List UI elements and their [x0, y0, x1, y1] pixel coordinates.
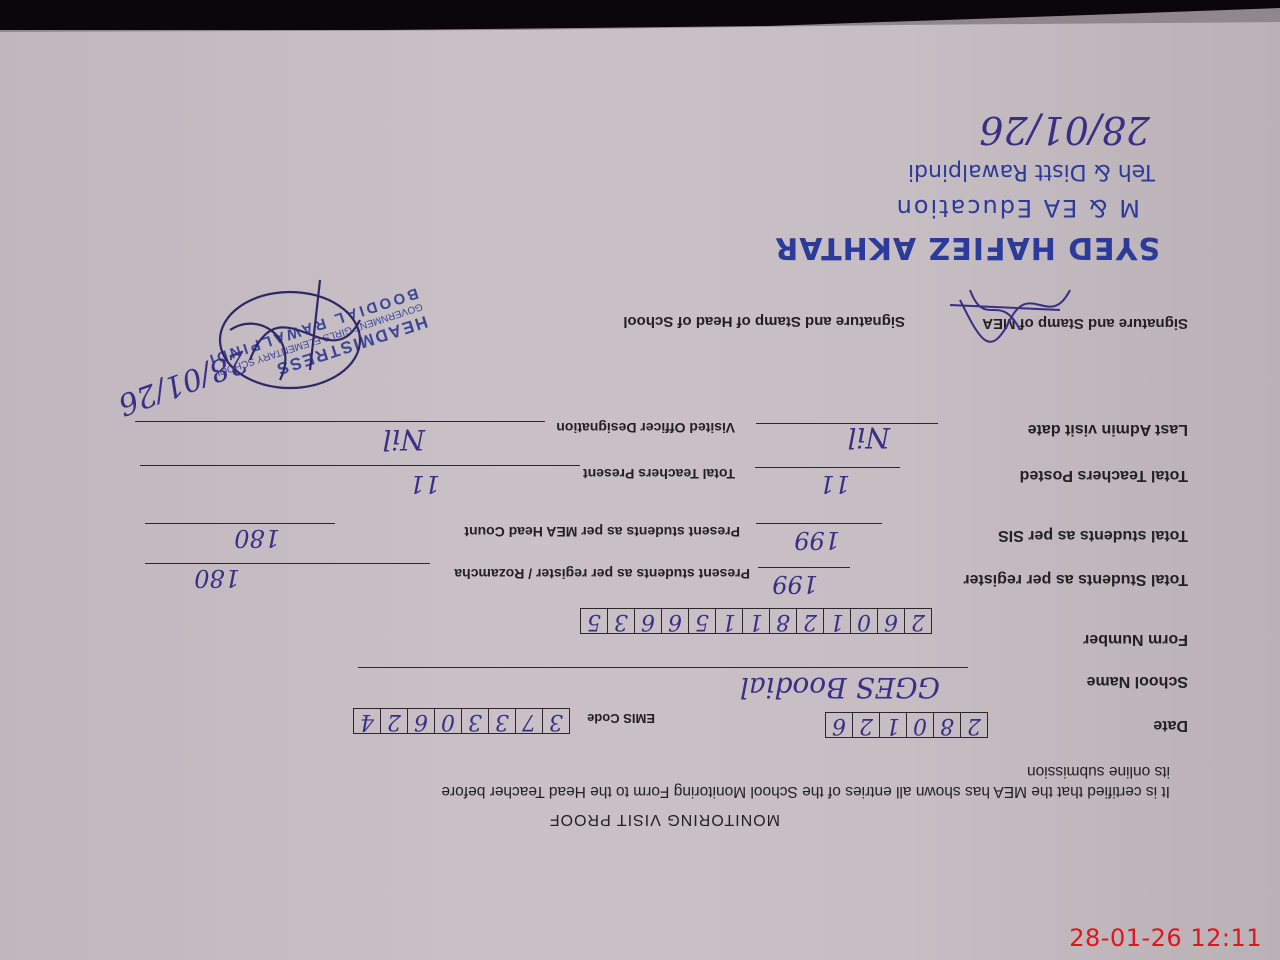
date-digit: 0: [906, 713, 933, 737]
form-number-digit: 1: [823, 609, 850, 633]
form-number-digit: 5: [581, 609, 607, 633]
mea-signature-scribble: [940, 270, 1080, 350]
emis-digit: 4: [354, 709, 380, 733]
date-digit: 6: [826, 713, 852, 737]
school-name-value[interactable]: GGES Boodial: [740, 671, 940, 704]
date-digit: 1: [879, 713, 906, 737]
field-line: [758, 567, 850, 568]
field-line: [756, 523, 882, 524]
present-head-count-value[interactable]: 180: [234, 524, 280, 552]
date-digit: 2: [852, 713, 879, 737]
form-number-digit: 8: [769, 609, 796, 633]
emis-digit: 3: [461, 709, 488, 733]
monitoring-form: MONITORING VISIT PROOF It is certified t…: [0, 0, 1280, 960]
emis-code-label: EMIS Code: [587, 711, 655, 726]
certification-text-line2: its online submission: [1027, 762, 1170, 780]
mea-stamp-location: Teh & Distt Rawalpindi: [908, 159, 1155, 184]
officer-designation-label: Visited Officer Designation: [556, 420, 735, 436]
head-stamp-date: 28/01/26: [113, 343, 252, 422]
mea-stamp-role: M & EA Education: [895, 194, 1140, 222]
last-visit-value[interactable]: Nil: [848, 421, 890, 454]
field-line: [755, 467, 900, 468]
form-number-digit: 6: [877, 609, 904, 633]
last-visit-label: Last Admin visit date: [1028, 420, 1188, 438]
field-line: [145, 523, 335, 524]
field-line: [756, 423, 938, 424]
school-name-label: School Name: [1087, 672, 1188, 690]
field-line: [140, 465, 580, 466]
form-number-boxes[interactable]: 2 6 0 1 2 8 1 1 5 6 6 3 5: [580, 608, 932, 634]
form-number-digit: 1: [715, 609, 742, 633]
head-signature-label: Signature and Stamp of Head of School: [623, 313, 905, 330]
form-title: MONITORING VISIT PROOF: [549, 810, 780, 828]
teachers-present-value[interactable]: 11: [409, 470, 440, 498]
date-digit: 8: [933, 713, 960, 737]
date-label: Date: [1153, 716, 1188, 734]
form-number-digit: 1: [742, 609, 769, 633]
total-students-sis-label: Total students as per SIS: [998, 526, 1188, 544]
total-students-register-label: Total Students as per register: [963, 570, 1188, 588]
mea-stamp-date: 28/01/26: [979, 108, 1150, 152]
total-students-sis-value[interactable]: 199: [794, 526, 840, 554]
form-number-digit: 6: [634, 609, 661, 633]
emis-digit: 0: [434, 709, 461, 733]
emis-digit: 2: [380, 709, 407, 733]
field-line: [135, 421, 545, 422]
form-number-digit: 3: [607, 609, 634, 633]
date-digit: 2: [960, 713, 987, 737]
form-number-digit: 0: [850, 609, 877, 633]
form-number-label: Form Number: [1083, 630, 1188, 648]
mea-stamp-name: SYED HAFIEZ AKHTAR: [774, 230, 1160, 265]
total-students-register-value[interactable]: 199: [772, 570, 818, 598]
camera-timestamp: 28-01-26 12:11: [1069, 924, 1262, 952]
certification-text-line1: It is certified that the MEA has shown a…: [441, 782, 1170, 800]
present-register-label: Present students as per register / Rozam…: [454, 566, 750, 582]
date-boxes[interactable]: 2 8 0 1 2 6: [825, 712, 988, 738]
school-name-line: [358, 667, 968, 668]
emis-digit: 7: [515, 709, 542, 733]
form-number-digit: 2: [904, 609, 931, 633]
teachers-posted-label: Total Teachers Posted: [1020, 466, 1188, 484]
emis-digit: 3: [488, 709, 515, 733]
emis-digit: 6: [407, 709, 434, 733]
present-register-value[interactable]: 180: [194, 564, 240, 592]
teachers-present-label: Total Teachers Present: [583, 466, 735, 482]
field-line: [145, 563, 430, 564]
present-head-count-label: Present students as per MEA Head Count: [464, 524, 740, 540]
teachers-posted-value[interactable]: 11: [819, 470, 850, 498]
form-number-digit: 6: [661, 609, 688, 633]
officer-designation-value[interactable]: Nil: [383, 423, 425, 456]
form-number-digit: 2: [796, 609, 823, 633]
emis-digit: 3: [542, 709, 569, 733]
emis-code-boxes[interactable]: 3 7 3 3 0 6 2 4: [353, 708, 570, 734]
form-number-digit: 5: [688, 609, 715, 633]
